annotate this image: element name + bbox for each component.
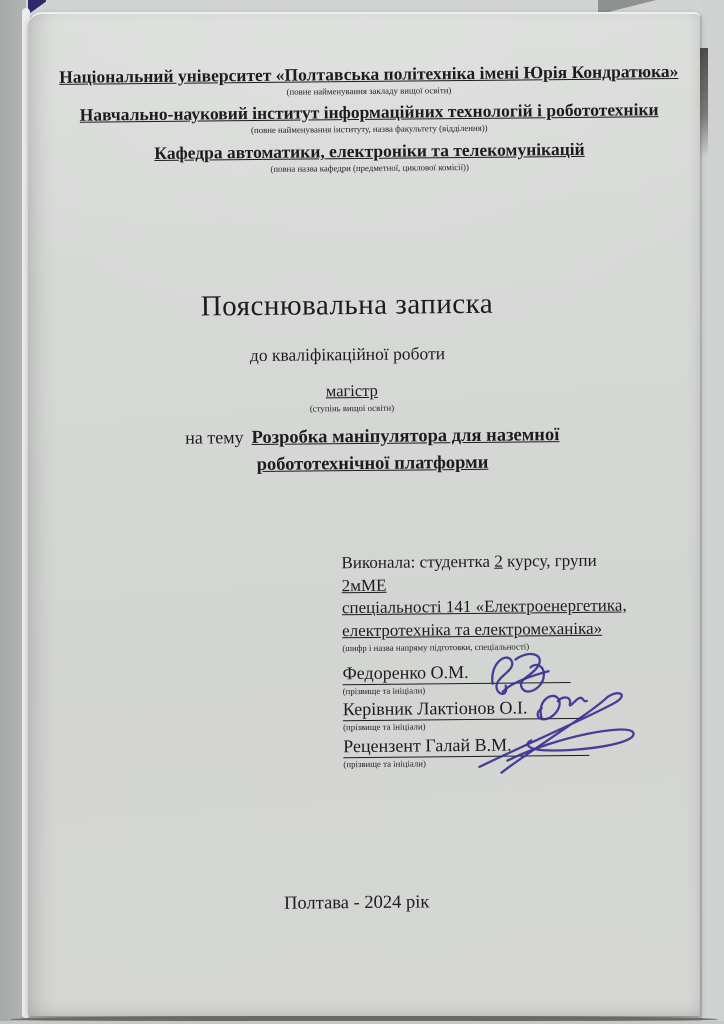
specialty-line1: спеціальності 141 «Електроенергетика, <box>342 595 642 620</box>
signature-row-reviewer: Рецензент Галай В.М. (прізвище та ініціа… <box>343 734 589 769</box>
topic-line1: Розробка маніпулятора для наземної <box>251 425 559 448</box>
student-name: Федоренко О.М. <box>342 661 570 685</box>
degree-value: магістр <box>326 381 378 400</box>
document-title: Пояснювальна записка <box>0 286 695 326</box>
degree-caption: (ступінь вищої освіти) <box>0 400 704 417</box>
student-name-caption: (прізвище та ініціали) <box>343 684 571 696</box>
executor-line1-prefix: Виконала: студентка <box>341 552 494 572</box>
photographed-title-page: Національний університет «Полтавська пол… <box>0 0 724 1024</box>
document-header: Національний університет «Полтавська пол… <box>31 61 708 177</box>
footer-city-year: Полтава - 2024 рік <box>5 890 709 918</box>
topic-block: на тему Розробка маніпулятора для наземн… <box>110 420 635 480</box>
executor-block: Виконала: студентка 2 курсу, групи 2мМЕ … <box>341 549 642 654</box>
document-subtitle: до кваліфікаційної роботи <box>0 341 696 369</box>
signatures-block: Федоренко О.М. (прізвище та ініціали) Ке… <box>342 661 603 772</box>
degree-block: магістр (ступінь вищої освіти) <box>0 378 704 417</box>
signature-row-supervisor: Керівник Лактіонов О.І. (прізвище та іні… <box>343 697 581 732</box>
supervisor-name: Керівник Лактіонов О.І. <box>343 697 581 721</box>
specialty-line2: електротехніка та електромеханіка» <box>342 617 642 642</box>
specialty-caption: (шифр і назва напряму підготовки, спеціа… <box>342 641 642 654</box>
topic-label: на тему <box>185 427 244 448</box>
supervisor-name-caption: (прізвище та ініціали) <box>343 720 581 732</box>
topic-line2: робототехнічної платформи <box>257 453 489 475</box>
executor-line1: Виконала: студентка 2 курсу, групи <box>341 549 641 574</box>
document-content: Національний університет «Полтавська пол… <box>0 0 724 1024</box>
executor-line1-suffix: курсу, групи <box>503 551 597 571</box>
reviewer-name: Рецензент Галай В.М. <box>343 734 589 758</box>
reviewer-name-caption: (прізвище та ініціали) <box>343 757 589 769</box>
executor-group: 2мМЕ <box>342 572 642 597</box>
signature-row-student: Федоренко О.М. (прізвище та ініціали) <box>342 661 570 696</box>
